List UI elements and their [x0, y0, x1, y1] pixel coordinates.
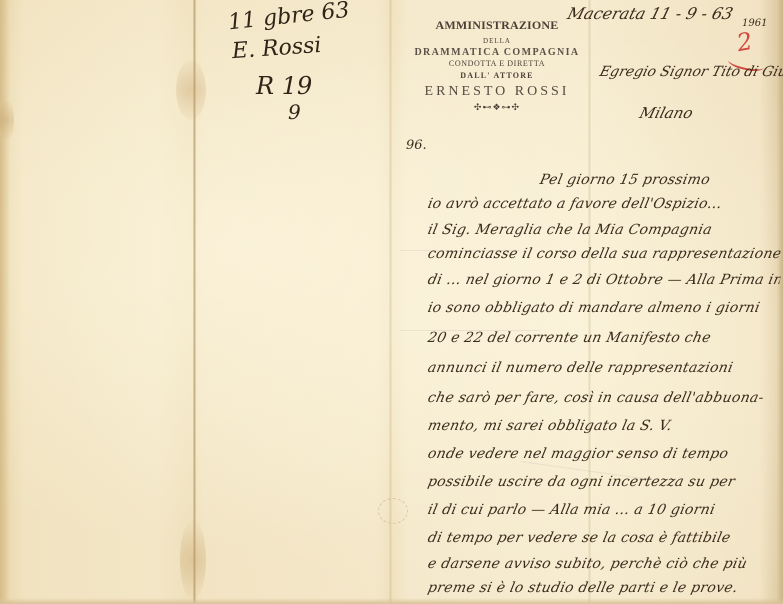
body-line: 20 e 22 del corrente un Manifesto che [426, 330, 781, 346]
addressee-salutation: Egregio Signor Tito di Giulio Ricordi [598, 64, 783, 80]
body-line: cominciasse il corso della sua rappresen… [426, 246, 781, 262]
addressee-city: Milano [638, 104, 695, 122]
age-stain [176, 60, 206, 120]
body-line: il di cui parlo — Alla mia ... a 10 gior… [426, 502, 781, 518]
body-line: e darsene avviso subito, perchè ciò che … [426, 556, 781, 572]
letterhead-company: DRAMMATICA COMPAGNIA [412, 47, 582, 58]
letterhead-administration: AMMINISTRAZIONE [412, 18, 582, 33]
body-line: annunci il numero delle rappresentazioni [426, 360, 781, 376]
embossed-seal [378, 498, 408, 524]
body-line: onde vedere nel maggior senso di tempo [426, 446, 781, 462]
body-line: mento, mi sarei obbligato la S. V. [426, 418, 781, 434]
reference-number: 96. [406, 138, 427, 153]
body-line: io avrò accettato a favore dell'Ospizio.… [426, 196, 781, 212]
body-line: il Sig. Meraglia che la Mia Compagnia [426, 222, 781, 238]
docket-reply-number: R 19 [256, 72, 312, 100]
docket-sender: E. Rossi [231, 33, 322, 64]
age-stain [180, 520, 206, 600]
body-line: che sarò per fare, così in causa dell'ab… [426, 390, 781, 406]
letterhead-ornament: ✣⊷❖⊶✣ [412, 102, 582, 113]
paper-bottom-edge [0, 598, 783, 604]
letterhead-directed: CONDOTTA E DIRETTA [412, 59, 582, 68]
letterhead-by-actor: DALL' ATTORE [412, 71, 582, 80]
letterhead-name: ERNESTO ROSSI [412, 84, 582, 100]
body-line: possibile uscire da ogni incertezza su p… [426, 474, 781, 490]
printed-letterhead: AMMINISTRAZIONE DELLA DRAMMATICA COMPAGN… [412, 10, 582, 113]
letterhead-della: DELLA [412, 37, 582, 45]
body-line: preme si è lo studio delle parti e le pr… [426, 580, 781, 596]
place-date: Macerata 11 - 9 - 63 [565, 4, 735, 23]
red-pencil-number: 2 [735, 27, 755, 57]
body-line: di ... nel giorno 1 e 2 di Ottobre — All… [426, 272, 781, 288]
docket-date: 11 gbre 63 [227, 0, 351, 35]
age-stain [0, 100, 14, 140]
body-line: di tempo per vedere se la cosa è fattibi… [426, 530, 781, 546]
letter-sheet: 11 gbre 63 E. Rossi R 19 9 AMMINISTRAZIO… [0, 0, 783, 604]
body-line: Pel giorno 15 prossimo [538, 172, 781, 188]
docket-sub-number: 9 [288, 100, 301, 124]
paper-left-edge [0, 0, 10, 604]
body-line: io sono obbligato di mandare almeno i gi… [426, 300, 781, 316]
